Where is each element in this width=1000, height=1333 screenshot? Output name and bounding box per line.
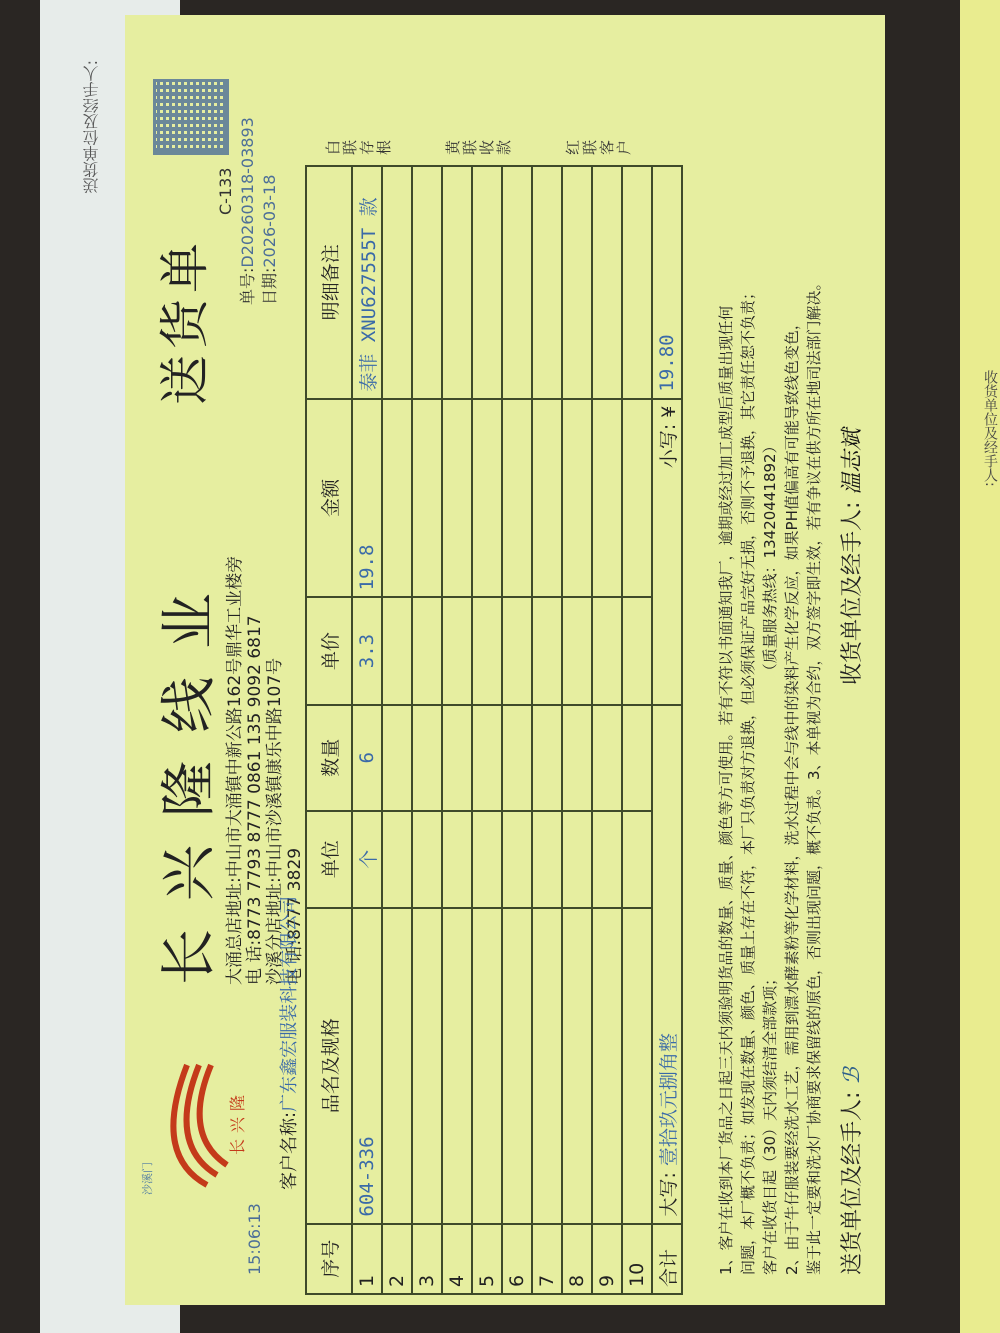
company-name: 长兴隆线业 (145, 565, 225, 985)
items-table: 序号 品名及规格 单位 数量 单价 金额 明细备注 1604-336个63.31… (305, 165, 683, 1295)
total-row: 合计 大写: 壹拾玖元捌角整 小写: ¥ 19.80 (652, 166, 682, 1294)
customer-name: 广东鑫宏服装科技有限公司 (279, 896, 300, 1112)
table-row: 4 (442, 166, 472, 1294)
order-number: D20260318-03893 (238, 117, 257, 267)
total-amount: 19.80 (652, 166, 682, 399)
document-type: 送货单 (145, 237, 217, 405)
delivery-note-photo: 沙溪门 长兴隆 15:06:13 长兴隆线业 送货单 大涌总店地址:中山市大涌镇… (0, 0, 1000, 1333)
table-row: 2 (382, 166, 412, 1294)
receiver-signature: 收货单位及经手人: 温志斌 (835, 429, 866, 685)
table-row: 8 (562, 166, 592, 1294)
company-logo-icon (147, 1055, 237, 1195)
table-row: 7 (532, 166, 562, 1294)
sender-signature: 送货单位及经手人: ℬ (835, 1067, 866, 1275)
logo-name: 长兴隆 (225, 1089, 248, 1155)
table-row: 6 (502, 166, 532, 1294)
table-row: 1604-336个63.319.8泰菲 XNU627555T 款 (352, 166, 382, 1294)
customer: 客户名称:广东鑫宏服装科技有限公司 (275, 896, 301, 1190)
qr-code-icon (153, 79, 229, 155)
copy-yellow-label: 黄联收款 (445, 135, 513, 155)
table-row: 3 (412, 166, 442, 1294)
copy-white-label: 白联存根 (325, 135, 393, 155)
table-row: 9 (592, 166, 622, 1294)
copy-red-label: 红联客户 (565, 135, 633, 155)
table-row: 10 (622, 166, 652, 1294)
delivery-note: 沙溪门 长兴隆 15:06:13 长兴隆线业 送货单 大涌总店地址:中山市大涌镇… (125, 15, 885, 1305)
table-row: 5 (472, 166, 502, 1294)
print-time: 15:06:13 (245, 1203, 264, 1275)
terms-text: 1、客户在收到本厂货品之日起三天内须验明货品的数量、质量、颜色等方可使用。若有不… (715, 175, 825, 1275)
order-date: 2026-03-18 (260, 175, 279, 268)
total-capital: 壹拾玖元捌角整 (658, 1033, 680, 1166)
